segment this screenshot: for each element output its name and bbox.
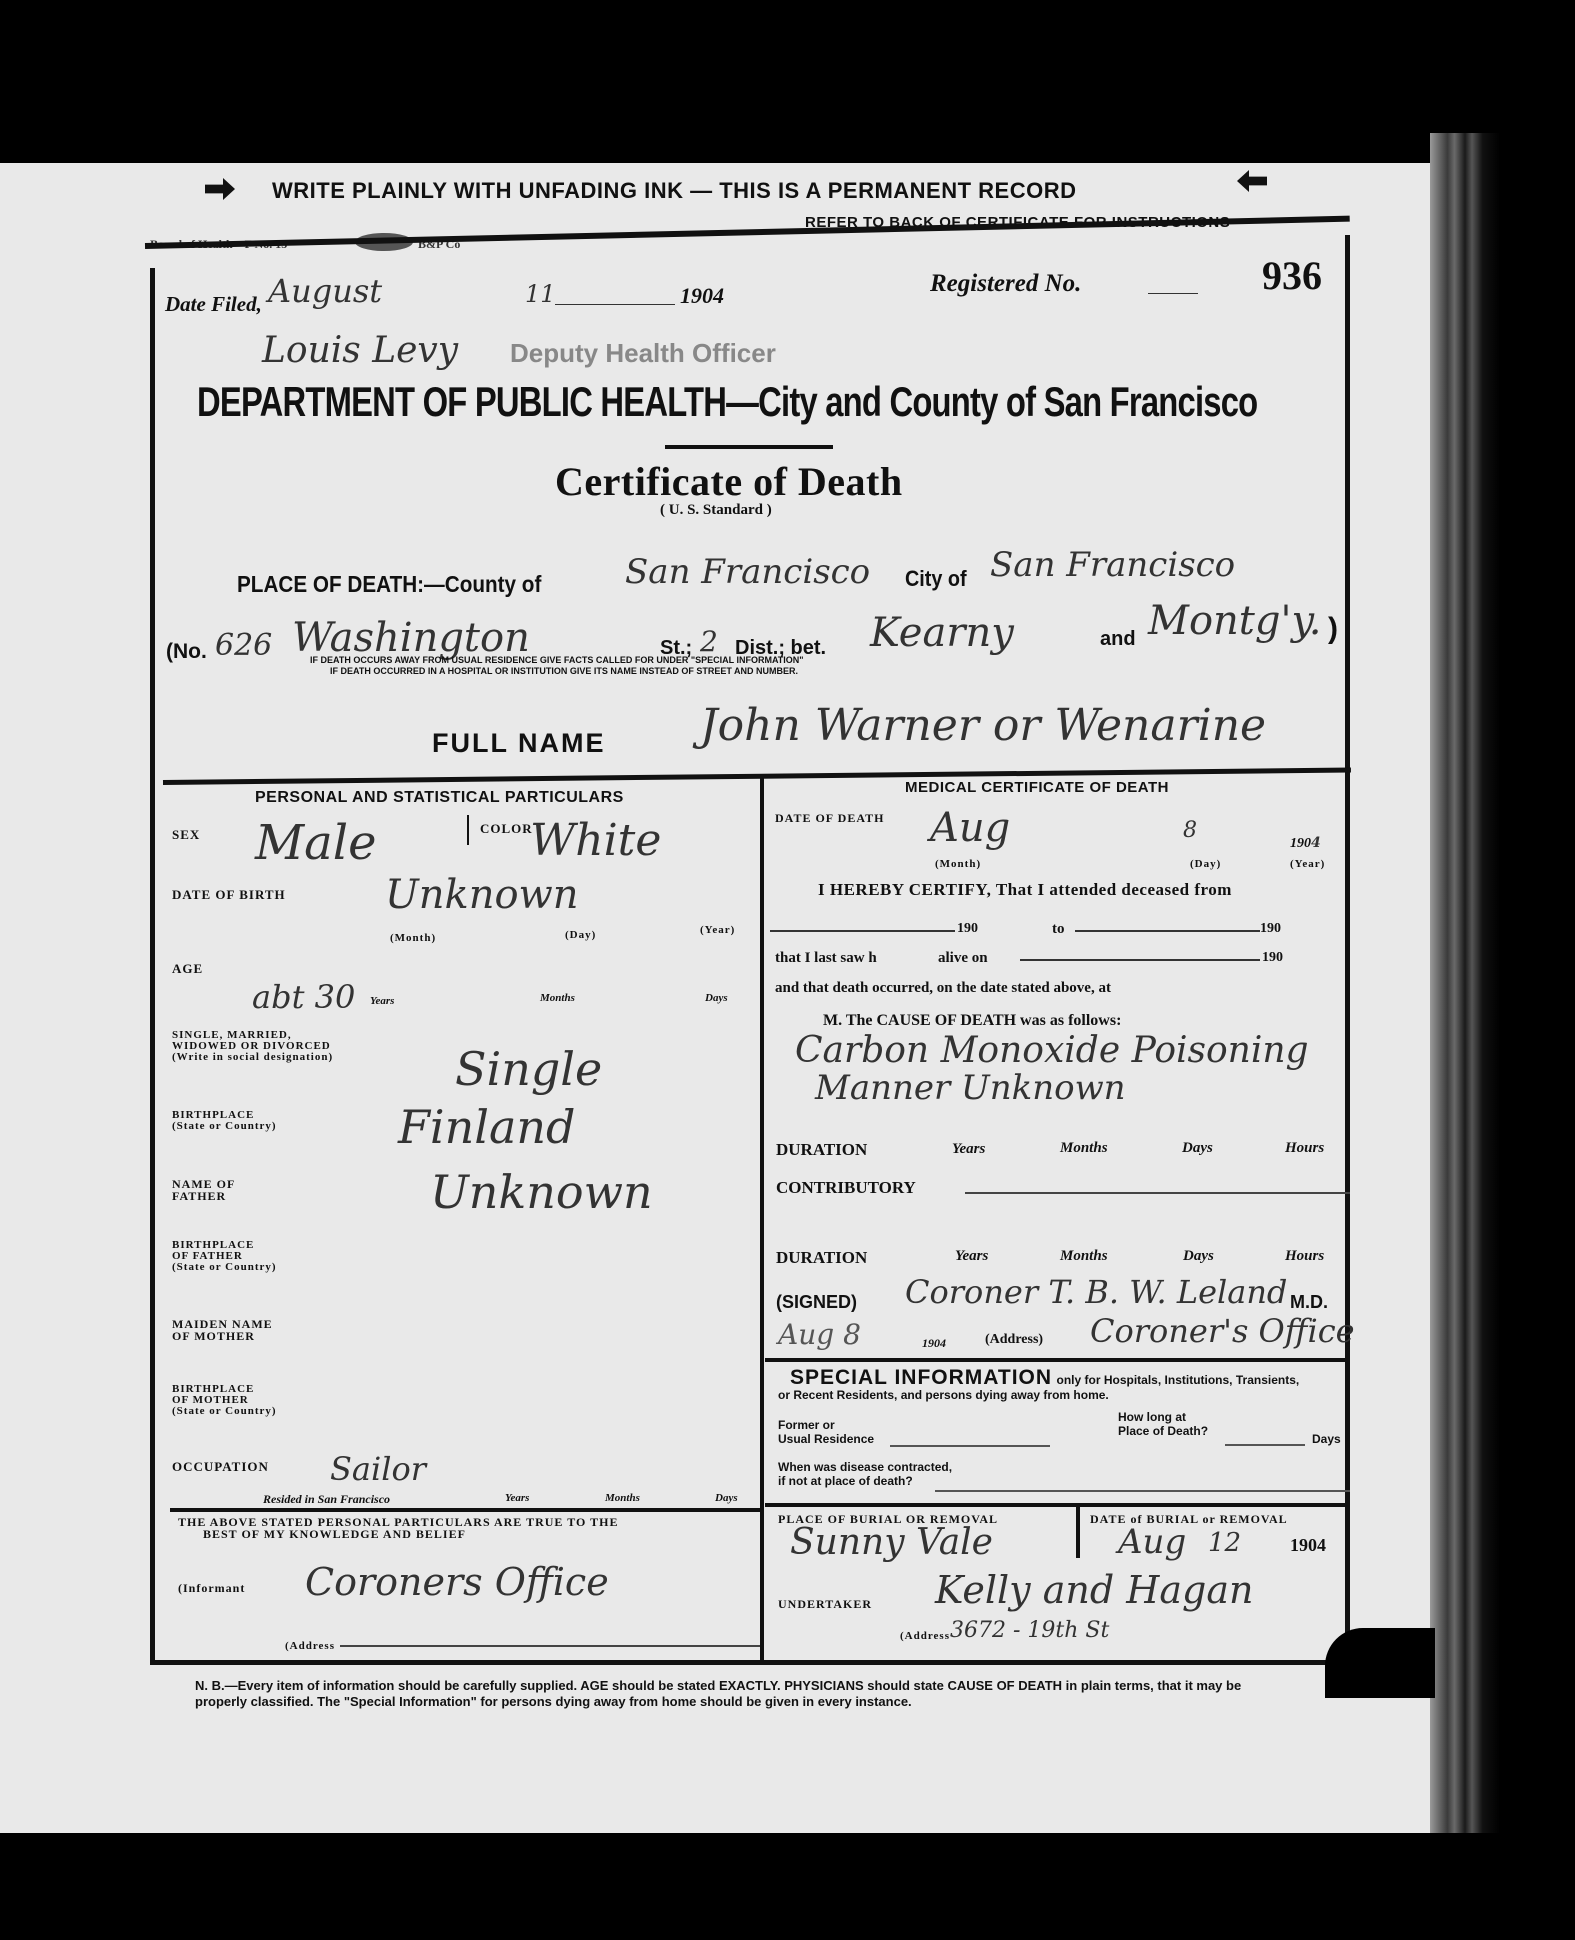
special-heading-line-2: or Recent Residents, and persons dying a… [778,1388,1109,1402]
resided-months-cap: Months [605,1492,640,1504]
marital-label: SINGLE, MARRIED,WIDOWED OR DIVORCED(Writ… [172,1030,333,1063]
duration-1-months: Months [1060,1140,1108,1157]
contributory-line[interactable] [965,1192,1350,1194]
full-name-label: FULL NAME [432,728,606,759]
duration-2-months: Months [1060,1248,1108,1265]
street-number[interactable]: 626 [215,628,272,663]
contracted-label: When was disease contracted,if not at pl… [778,1460,952,1488]
special-rule [765,1358,1350,1362]
former-residence-line[interactable] [890,1445,1050,1447]
duration-label-1: DURATION [776,1140,867,1160]
place-note-1: IF DEATH OCCURS AWAY FROM USUAL RESIDENC… [310,655,804,665]
dod-day[interactable]: 8 [1183,818,1197,843]
bottom-border [150,1660,1350,1665]
paper-edge-shadow [1430,133,1500,1833]
duration-label-2: DURATION [776,1248,867,1268]
duration-2-hours: Hours [1285,1248,1324,1265]
place-of-death-label: PLACE OF DEATH:—County of [237,571,541,598]
undertaker-value[interactable]: Kelly and Hagan [935,1568,1254,1612]
dob-month-cap: (Month) [390,932,436,945]
dob-day-cap: (Day) [565,929,596,942]
birthplace-value[interactable]: Finland [398,1100,575,1154]
informant-rule [170,1508,762,1512]
age-months-cap: Months [540,992,575,1004]
column-divider [760,775,764,1660]
age-value[interactable]: abt 30 [252,978,355,1016]
former-residence-label: Former orUsual Residence [778,1418,874,1446]
resided-days-cap: Days [715,1492,738,1504]
signed-label: (SIGNED) [776,1292,857,1313]
personal-heading: PERSONAL AND STATISTICAL PARTICULARS [255,789,624,807]
informant-address-line[interactable] [340,1645,760,1647]
mother-birthplace-label: BIRTHPLACEOF MOTHER(State or Country) [172,1384,277,1417]
informant-value[interactable]: Coroners Office [305,1560,609,1604]
cause-label: M. The CAUSE OF DEATH was as follows: [823,1012,1121,1030]
birthplace-label: BIRTHPLACE(State or Country) [172,1110,277,1132]
last-saw-label: that I last saw h [775,950,877,967]
date-filed-month[interactable]: August [268,272,382,310]
father-birthplace-label: BIRTHPLACEOF FATHER(State or Country) [172,1240,277,1273]
age-label: AGE [172,962,203,975]
undertaker-address-label: (Address [900,1630,950,1643]
signed-value[interactable]: Coroner T. B. W. Leland [905,1273,1287,1311]
father-value[interactable]: Unknown [430,1165,653,1219]
dod-month-cap: (Month) [935,858,981,871]
officer-signature: Louis Levy [262,330,458,371]
registered-underline [1148,293,1198,294]
sex-label: SEX [172,828,200,841]
medical-address[interactable]: Coroner's Office [1090,1312,1355,1350]
resided-label: Resided in San Francisco [263,1492,390,1507]
duration-1-hours: Hours [1285,1140,1324,1157]
between-street-2[interactable]: Montg'y. [1148,598,1321,644]
title-rule [665,445,833,449]
and-label: and [1100,628,1136,651]
occurred-label: and that death occurred, on the date sta… [775,980,1111,997]
officer-title: Deputy Health Officer [510,338,776,369]
standard-subtitle: ( U. S. Standard ) [660,502,772,519]
dod-year-cap: (Year) [1290,858,1325,871]
occupation-value[interactable]: Sailor [330,1450,426,1488]
dod-day-cap: (Day) [1190,858,1221,871]
full-name-value[interactable]: John Warner or Wenarine [700,700,1266,751]
duration-2-years: Years [955,1248,988,1265]
date-filed-label: Date Filed, [165,292,262,317]
resided-years-cap: Years [505,1492,529,1504]
burial-place-value[interactable]: Sunny Vale [790,1522,993,1563]
burial-rule [765,1503,1350,1507]
sex-color-divider [467,815,469,845]
dob-label: DATE OF BIRTH [172,888,286,901]
district-value[interactable]: 2 [700,625,718,658]
informant-label: (Informant [178,1582,245,1595]
cause-line-2[interactable]: Manner Unknown [815,1068,1126,1108]
undertaker-address[interactable]: 3672 - 19th St [950,1618,1109,1643]
certificate-title: Certificate of Death [555,458,903,505]
informant-statement: THE ABOVE STATED PERSONAL PARTICULARS AR… [178,1516,618,1540]
attended-to-line[interactable] [1075,930,1260,932]
footer-note: N. B.—Every item of information should b… [195,1678,1285,1710]
occupation-label: OCCUPATION [172,1460,269,1473]
close-paren: ) [1328,612,1338,646]
how-long-line[interactable] [1225,1444,1305,1446]
burial-date-month[interactable]: Aug [1118,1522,1186,1562]
certify-text: I HEREBY CERTIFY, That I attended deceas… [818,880,1232,900]
dod-year[interactable]: 1904 [1290,835,1321,852]
dob-year-cap: (Year) [700,924,735,937]
dod-month[interactable]: Aug [930,805,1010,851]
banner-text: WRITE PLAINLY WITH UNFADING INK — THIS I… [272,178,1077,204]
md-label: M.D. [1290,1292,1328,1313]
signed-date[interactable]: Aug 8 [778,1318,861,1351]
special-heading: SPECIAL INFORMATION only for Hospitals, … [790,1366,1299,1390]
footer-nb-label: N. B.— [195,1678,238,1693]
mother-label: MAIDEN NAMEOF MOTHER [172,1318,273,1342]
footer-nb-text: Every item of information should be care… [195,1678,1241,1709]
left-border [150,268,155,1661]
signed-year[interactable]: 1904 [922,1336,946,1351]
city-label: City of [905,566,967,592]
city-value[interactable]: San Francisco [990,545,1235,585]
right-border [1345,235,1350,1660]
registered-label: Registered No. [930,270,1081,298]
dod-label: DATE OF DEATH [775,812,884,825]
county-value[interactable]: San Francisco [625,552,870,592]
color-value[interactable]: White [530,815,661,866]
burial-date-year[interactable]: 1904 [1290,1535,1326,1556]
registered-number[interactable]: 936 [1262,252,1322,299]
father-label: NAME OFFATHER [172,1178,235,1202]
attended-from-line[interactable] [770,930,955,932]
between-street-1[interactable]: Kearny [870,610,1014,656]
date-filed-year[interactable]: 1904 [680,283,724,309]
duration-2-days: Days [1183,1248,1214,1265]
sex-value[interactable]: Male [255,815,377,871]
department-title: DEPARTMENT OF PUBLIC HEALTH—City and Cou… [197,378,1257,426]
age-days-cap: Days [705,992,728,1004]
contributory-label: CONTRIBUTORY [776,1178,916,1198]
undertaker-label: UNDERTAKER [778,1598,872,1611]
color-label: COLOR [480,822,533,835]
age-years-cap: Years [370,995,394,1007]
marital-value[interactable]: Single [455,1042,602,1096]
cause-line-1[interactable]: Carbon Monoxide Poisoning [795,1030,1309,1071]
to-label: to [1052,921,1065,938]
duration-1-days: Days [1182,1140,1213,1157]
number-label: (No. [166,640,207,664]
last-saw-line[interactable] [1020,959,1260,961]
page-curl-shadow [1325,1628,1435,1698]
dob-value[interactable]: Unknown [385,872,579,918]
alive-on-label: alive on [938,950,988,967]
alive-year-prefix: 190 [1262,950,1283,966]
date-filed-underline [555,304,675,305]
contracted-line[interactable] [935,1490,1350,1492]
how-long-days: Days [1312,1432,1341,1446]
from-year-prefix: 190 [957,921,978,937]
how-long-label: How long atPlace of Death? [1118,1410,1208,1438]
date-filed-day[interactable]: 11 [525,280,556,308]
duration-1-years: Years [952,1141,985,1158]
burial-date-day[interactable]: 12 [1208,1528,1241,1558]
informant-address-label: (Address [285,1640,335,1653]
burial-divider [1076,1503,1080,1558]
medical-heading: MEDICAL CERTIFICATE OF DEATH [905,779,1169,796]
medical-address-label: (Address) [985,1332,1043,1348]
to-year-prefix: 190 [1260,921,1281,937]
place-note-2: IF DEATH OCCURRED IN A HOSPITAL OR INSTI… [330,666,798,676]
